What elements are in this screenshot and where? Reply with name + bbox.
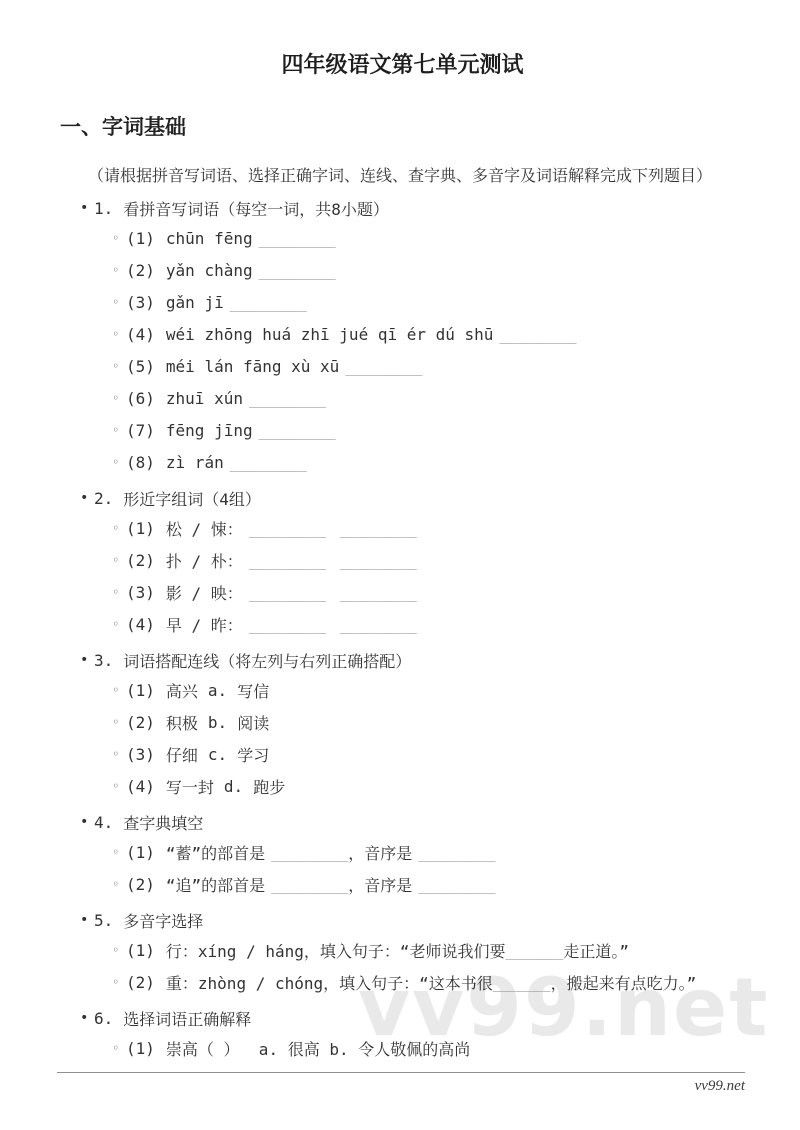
- match-left-word: 写一封: [166, 775, 214, 798]
- answer-blank: ________: [418, 875, 495, 894]
- question-item: ◦ (3) 影 / 映： ________ ________: [60, 576, 745, 608]
- question-item: ◦ (2) “追”的部首是 ________ ，音序是 ________: [60, 868, 745, 900]
- circle-bullet-icon: ◦: [112, 1041, 126, 1055]
- pinyin-text: chūn fēng: [166, 229, 253, 248]
- question-heading: • 1. 看拼音写词语（每空一词，共8小题）: [60, 194, 745, 222]
- question-item: ◦ (2) 积极 b. 阅读: [60, 706, 745, 738]
- item-number: (1): [126, 229, 155, 248]
- answer-blank: ________: [249, 389, 326, 408]
- answer-blank: ________: [259, 229, 336, 248]
- item-number: (8): [126, 453, 155, 472]
- pinyin-text: fēng jīng: [166, 421, 253, 440]
- item-text: 行：xíng / háng，填入句子：“老师说我们要: [166, 939, 506, 962]
- question-item: ◦ (5) méi lán fāng xù xū ________: [60, 350, 745, 382]
- item-number: (6): [126, 389, 155, 408]
- circle-bullet-icon: ◦: [112, 553, 126, 567]
- answer-blank: ______: [493, 973, 551, 992]
- answer-blank: ________: [340, 519, 417, 538]
- circle-bullet-icon: ◦: [112, 263, 126, 277]
- circle-bullet-icon: ◦: [112, 327, 126, 341]
- match-right-word: 阅读: [237, 711, 269, 734]
- question-block-4: • 4. 查字典填空 ◦ (1) “蓄”的部首是 ________ ，音序是 _…: [60, 808, 745, 900]
- bullet-icon: •: [80, 200, 94, 216]
- item-text: “追”的部首是: [166, 873, 265, 896]
- item-number: (5): [126, 357, 155, 376]
- question-number: 6.: [94, 1009, 113, 1028]
- footer-divider: [57, 1072, 745, 1073]
- circle-bullet-icon: ◦: [112, 683, 126, 697]
- answer-blank: ________: [345, 357, 422, 376]
- question-title: 词语搭配连线（将左列与右列正确搭配）: [123, 649, 411, 672]
- circle-bullet-icon: ◦: [112, 943, 126, 957]
- section-instructions: （请根据拼音写词语、选择正确字词、连线、查字典、多音字及词语解释完成下列题目）: [88, 164, 745, 188]
- question-item: ◦ (7) fēng jīng ________: [60, 414, 745, 446]
- answer-blank: ________: [271, 843, 348, 862]
- match-left-word: 积极: [166, 711, 198, 734]
- item-number: (2): [126, 261, 155, 280]
- question-item: ◦ (2) 扑 / 朴： ________ ________: [60, 544, 745, 576]
- character-pair: 扑 / 朴：: [166, 549, 243, 572]
- question-heading: • 2. 形近字组词（4组）: [60, 484, 745, 512]
- pinyin-text: gǎn jī: [166, 293, 224, 312]
- answer-blank: ________: [230, 293, 307, 312]
- question-block-5: • 5. 多音字选择 ◦ (1) 行：xíng / háng，填入句子：“老师说…: [60, 906, 745, 998]
- question-title: 查字典填空: [123, 811, 203, 834]
- item-number: (1): [126, 843, 155, 862]
- item-text: 走正道。”: [563, 939, 629, 962]
- question-item: ◦ (1) 松 / 悚： ________ ________: [60, 512, 745, 544]
- question-item: ◦ (8) zì rán ________: [60, 446, 745, 478]
- question-title: 看拼音写词语（每空一词，共8小题）: [123, 197, 389, 220]
- question-item: ◦ (4) wéi zhōng huá zhī jué qī ér dú shū…: [60, 318, 745, 350]
- pinyin-text: yǎn chàng: [166, 261, 253, 280]
- bullet-icon: •: [80, 490, 94, 506]
- circle-bullet-icon: ◦: [112, 877, 126, 891]
- item-number: (1): [126, 941, 155, 960]
- pinyin-text: zì rán: [166, 453, 224, 472]
- question-number: 3.: [94, 651, 113, 670]
- item-number: (1): [126, 681, 155, 700]
- match-left-word: 高兴: [166, 679, 198, 702]
- item-number: (3): [126, 745, 155, 764]
- question-item: ◦ (4) 写一封 d. 跑步: [60, 770, 745, 802]
- question-item: ◦ (1) “蓄”的部首是 ________ ，音序是 ________: [60, 836, 745, 868]
- question-title: 选择词语正确解释: [123, 1007, 251, 1030]
- answer-blank: ______: [506, 941, 564, 960]
- answer-blank: ________: [249, 615, 326, 634]
- item-number: (3): [126, 583, 155, 602]
- question-item: ◦ (1) 行：xíng / háng，填入句子：“老师说我们要 ______ …: [60, 934, 745, 966]
- answer-blank: ________: [259, 421, 336, 440]
- match-right-word: 学习: [237, 743, 269, 766]
- circle-bullet-icon: ◦: [112, 423, 126, 437]
- circle-bullet-icon: ◦: [112, 521, 126, 535]
- circle-bullet-icon: ◦: [112, 975, 126, 989]
- answer-blank: ________: [259, 261, 336, 280]
- answer-blank: ________: [230, 453, 307, 472]
- question-block-1: • 1. 看拼音写词语（每空一词，共8小题） ◦ (1) chūn fēng _…: [60, 194, 745, 478]
- item-text: 重：zhòng / chóng，填入句子：“这本书很: [166, 971, 493, 994]
- pinyin-text: wéi zhōng huá zhī jué qī ér dú shū: [166, 325, 494, 344]
- item-text: ，音序是: [348, 873, 412, 896]
- page-title: 四年级语文第七单元测试: [60, 52, 745, 80]
- match-option-letter: a.: [208, 681, 227, 700]
- circle-bullet-icon: ◦: [112, 359, 126, 373]
- answer-blank: ________: [249, 519, 326, 538]
- question-item: ◦ (2) 重：zhòng / chóng，填入句子：“这本书很 ______ …: [60, 966, 745, 998]
- answer-blank: ________: [340, 615, 417, 634]
- bullet-icon: •: [80, 912, 94, 928]
- match-right-word: 跑步: [253, 775, 285, 798]
- answer-blank: ________: [249, 583, 326, 602]
- pinyin-text: zhuī xún: [166, 389, 243, 408]
- question-item: ◦ (2) yǎn chàng ________: [60, 254, 745, 286]
- circle-bullet-icon: ◦: [112, 715, 126, 729]
- question-title: 形近字组词（4组）: [123, 487, 261, 510]
- circle-bullet-icon: ◦: [112, 845, 126, 859]
- character-pair: 松 / 悚：: [166, 517, 243, 540]
- item-number: (1): [126, 1039, 155, 1058]
- circle-bullet-icon: ◦: [112, 617, 126, 631]
- document-page: 四年级语文第七单元测试 一、字词基础 （请根据拼音写词语、选择正确字词、连线、查…: [0, 52, 800, 1064]
- item-number: (7): [126, 421, 155, 440]
- match-option-letter: b.: [208, 713, 227, 732]
- circle-bullet-icon: ◦: [112, 747, 126, 761]
- circle-bullet-icon: ◦: [112, 295, 126, 309]
- question-number: 2.: [94, 489, 113, 508]
- question-item: ◦ (6) zhuī xún ________: [60, 382, 745, 414]
- question-heading: • 4. 查字典填空: [60, 808, 745, 836]
- match-option-letter: c.: [208, 745, 227, 764]
- circle-bullet-icon: ◦: [112, 391, 126, 405]
- item-number: (2): [126, 875, 155, 894]
- item-text: ，搬起来有点吃力。”: [551, 971, 697, 994]
- circle-bullet-icon: ◦: [112, 455, 126, 469]
- question-title: 多音字选择: [123, 909, 203, 932]
- item-number: (2): [126, 551, 155, 570]
- item-number: (2): [126, 713, 155, 732]
- question-number: 4.: [94, 813, 113, 832]
- question-item: ◦ (4) 早 / 昨： ________ ________: [60, 608, 745, 640]
- character-pair: 早 / 昨：: [166, 613, 243, 636]
- question-number: 5.: [94, 911, 113, 930]
- question-number: 1.: [94, 199, 113, 218]
- circle-bullet-icon: ◦: [112, 779, 126, 793]
- pinyin-text: méi lán fāng xù xū: [166, 357, 339, 376]
- answer-blank: ________: [499, 325, 576, 344]
- answer-blank: ________: [340, 583, 417, 602]
- answer-blank: ________: [271, 875, 348, 894]
- item-text: “蓄”的部首是: [166, 841, 265, 864]
- question-block-2: • 2. 形近字组词（4组） ◦ (1) 松 / 悚： ________ ___…: [60, 484, 745, 640]
- item-number: (3): [126, 293, 155, 312]
- question-item: ◦ (3) gǎn jī ________: [60, 286, 745, 318]
- footer-site-text: vv99.net: [695, 1078, 745, 1095]
- question-block-3: • 3. 词语搭配连线（将左列与右列正确搭配） ◦ (1) 高兴 a. 写信 ◦…: [60, 646, 745, 802]
- question-item: ◦ (1) 崇高（ ） a. 很高 b. 令人敬佩的高尚: [60, 1032, 745, 1064]
- question-item: ◦ (3) 仔细 c. 学习: [60, 738, 745, 770]
- item-number: (4): [126, 777, 155, 796]
- bullet-icon: •: [80, 814, 94, 830]
- question-block-6: • 6. 选择词语正确解释 ◦ (1) 崇高（ ） a. 很高 b. 令人敬佩的…: [60, 1004, 745, 1064]
- item-text: 崇高（ ） a. 很高 b. 令人敬佩的高尚: [166, 1037, 470, 1060]
- item-number: (1): [126, 519, 155, 538]
- match-left-word: 仔细: [166, 743, 198, 766]
- bullet-icon: •: [80, 652, 94, 668]
- answer-blank: ________: [340, 551, 417, 570]
- item-number: (4): [126, 615, 155, 634]
- section-heading: 一、字词基础: [60, 114, 745, 140]
- item-number: (4): [126, 325, 155, 344]
- answer-blank: ________: [418, 843, 495, 862]
- bullet-icon: •: [80, 1010, 94, 1026]
- question-heading: • 5. 多音字选择: [60, 906, 745, 934]
- item-text: ，音序是: [348, 841, 412, 864]
- answer-blank: ________: [249, 551, 326, 570]
- match-option-letter: d.: [224, 777, 243, 796]
- circle-bullet-icon: ◦: [112, 231, 126, 245]
- question-item: ◦ (1) chūn fēng ________: [60, 222, 745, 254]
- character-pair: 影 / 映：: [166, 581, 243, 604]
- question-heading: • 6. 选择词语正确解释: [60, 1004, 745, 1032]
- match-right-word: 写信: [237, 679, 269, 702]
- circle-bullet-icon: ◦: [112, 585, 126, 599]
- question-item: ◦ (1) 高兴 a. 写信: [60, 674, 745, 706]
- question-heading: • 3. 词语搭配连线（将左列与右列正确搭配）: [60, 646, 745, 674]
- item-number: (2): [126, 973, 155, 992]
